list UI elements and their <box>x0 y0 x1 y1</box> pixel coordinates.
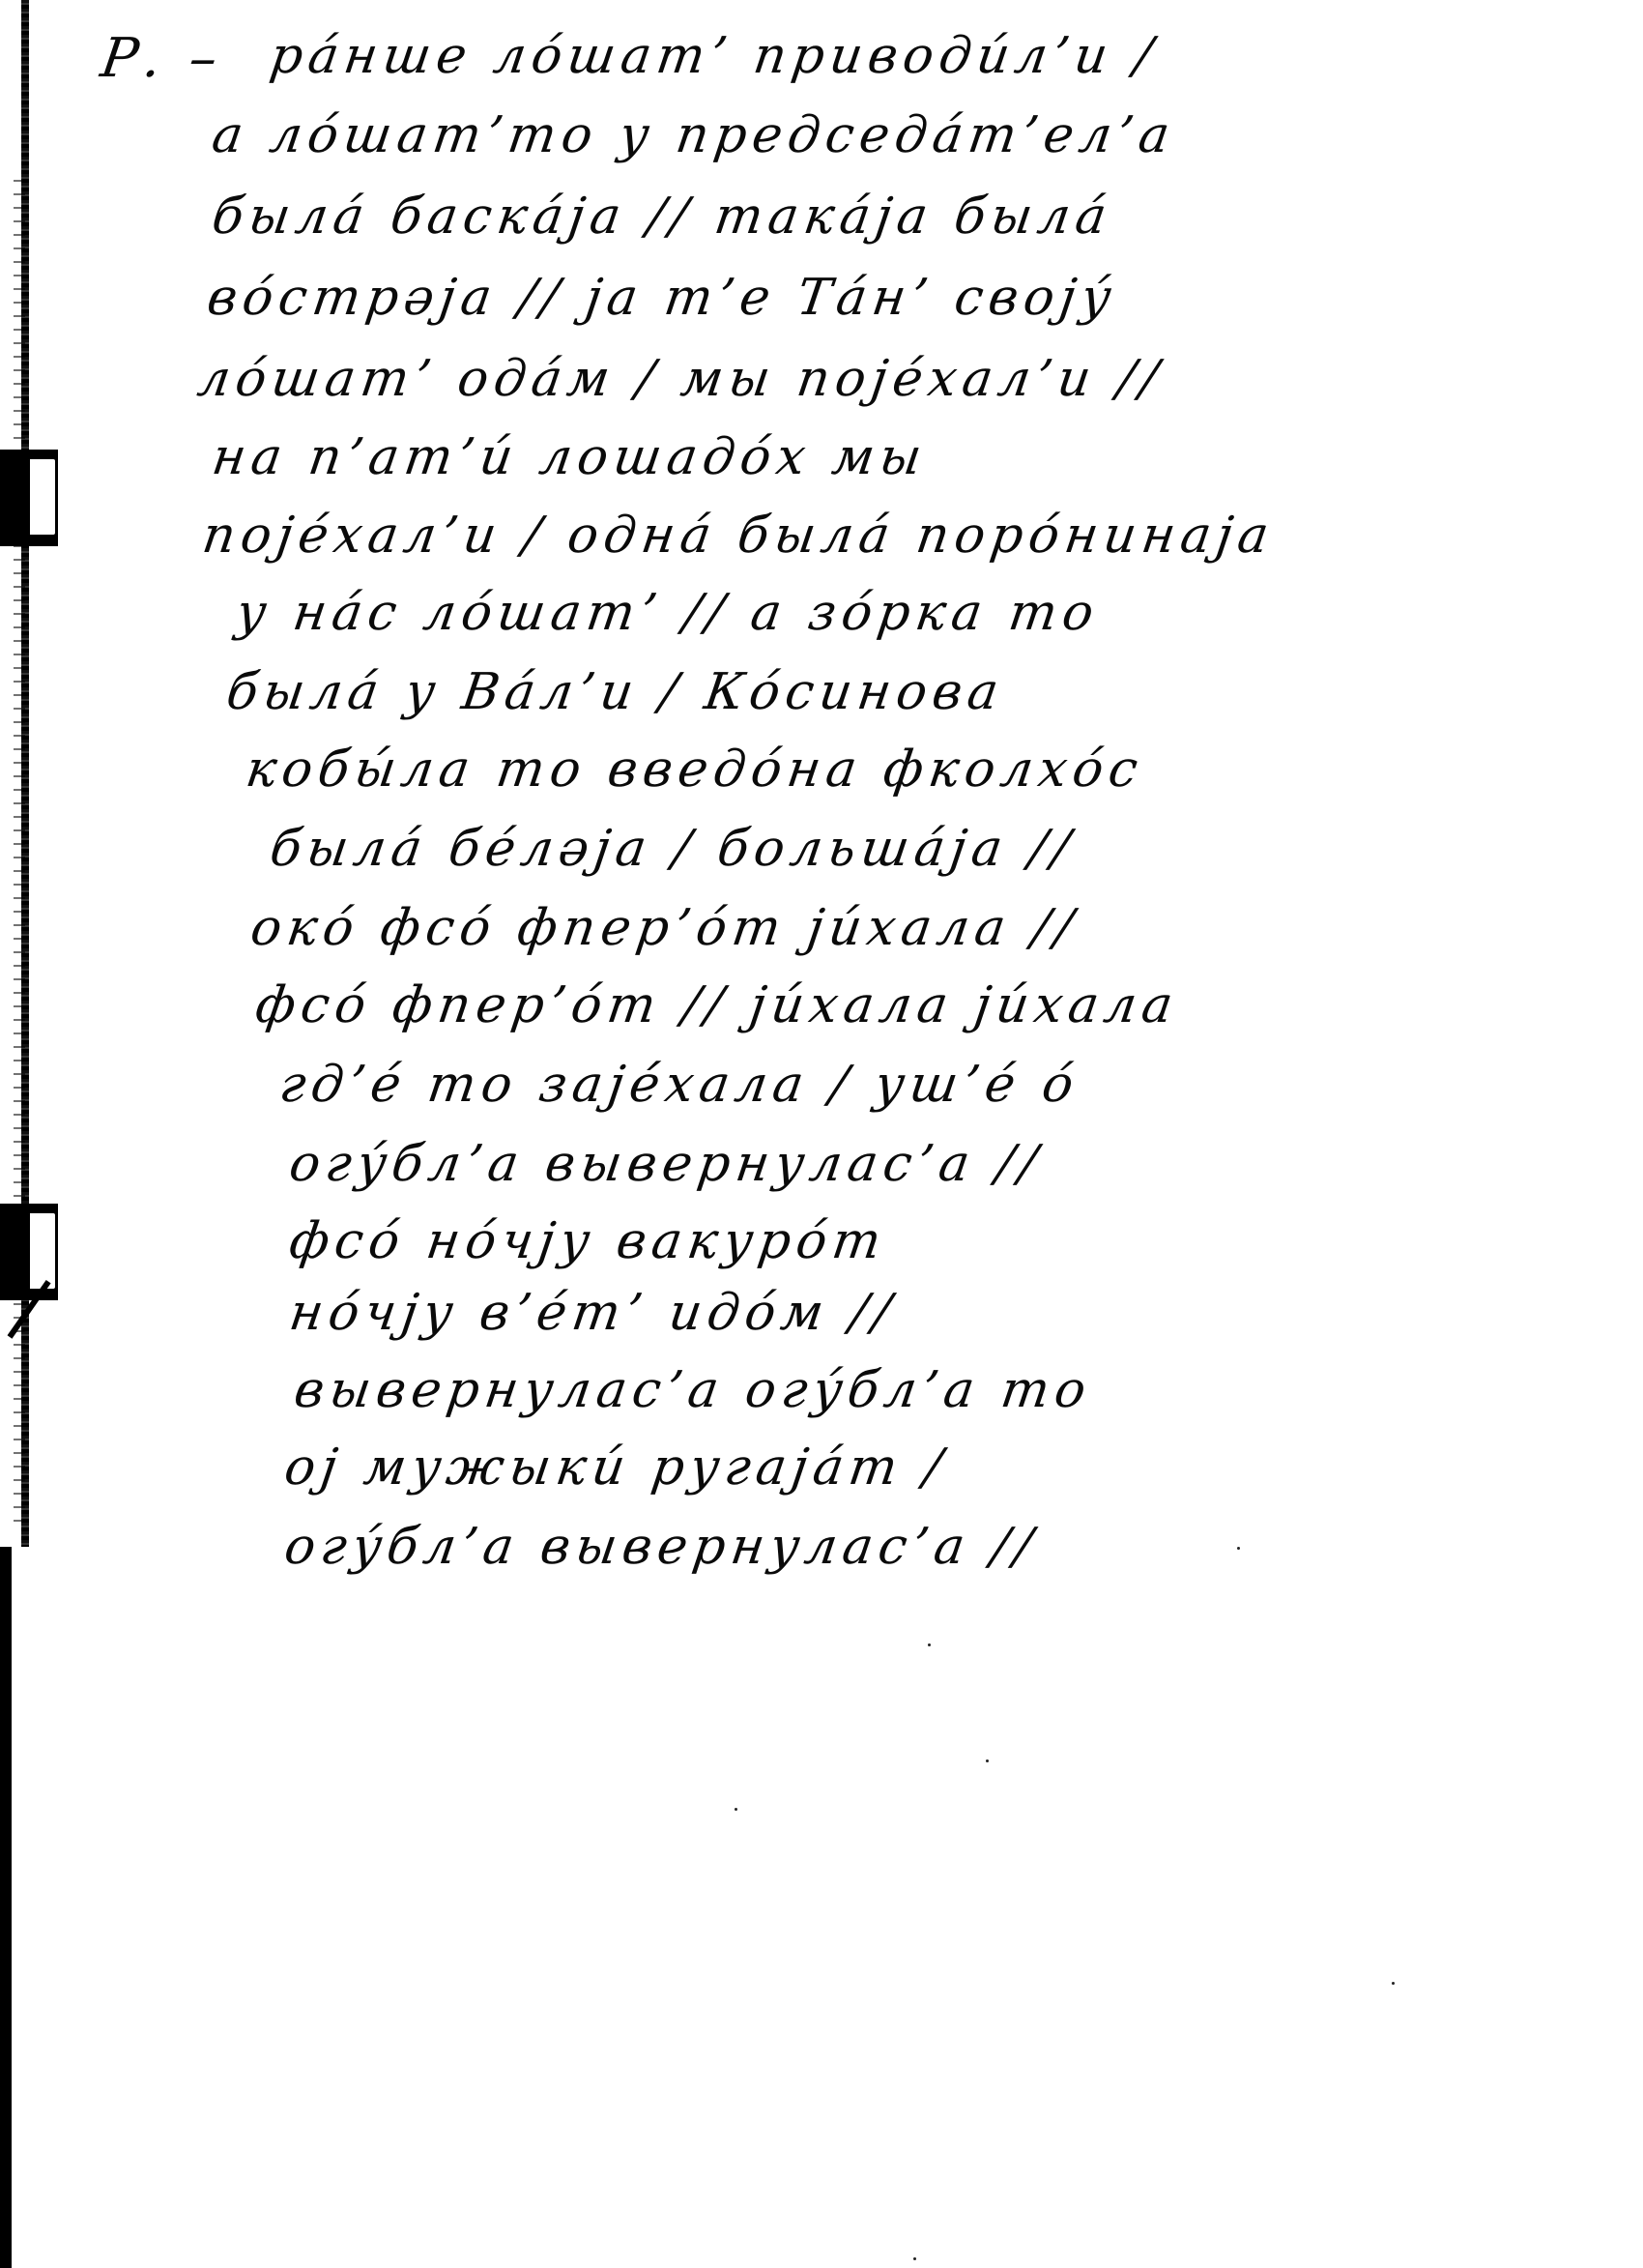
transcript-line: фсо́ фпер’о́т // ји́хала ји́хала <box>252 976 1182 1034</box>
transcript-line: на п’ат’и́ лошадо́х мы <box>209 428 931 486</box>
binding-dark-strip <box>0 1547 12 2268</box>
transcript-line: кобы́ла то введо́на фколхо́с <box>243 741 1147 799</box>
transcript-line: фсо́ но́чју вакуро́т <box>286 1212 890 1270</box>
speaker-marker: Р. – <box>97 27 226 90</box>
transcript-line: была́ баска́ја // така́ја была́ <box>209 188 1116 246</box>
transcript-line: была́ бе́ләја / больша́ја // <box>267 820 1080 878</box>
transcript-line: вывернулас’а огу́бл’а то <box>291 1361 1095 1419</box>
transcript-line: во́стрәја // ја т’е Та́н’ своју́ <box>204 269 1120 327</box>
transcript-line: была́ у Ва́л’и / Ко́синова <box>223 663 1008 721</box>
transcript-line: око́ фсо́ фпер’о́т ји́хала // <box>247 899 1082 957</box>
transcript-line: у на́с ло́шат’ // а зо́рка то <box>233 584 1103 642</box>
binding-clip-bottom <box>0 1204 58 1300</box>
transcript-line: ло́шат’ ода́м / мы поје́хал’и // <box>194 350 1167 408</box>
transcript-line: ој мужыки́ ругаја́т / <box>281 1439 951 1497</box>
transcript-line: огу́бл’а вывернулас’а // <box>286 1135 1047 1193</box>
transcript-line: а ло́шат’то у председа́т’ел’а <box>209 106 1179 164</box>
transcript-line: гд’е́ то зајé́хала / уш’е́ о́ <box>276 1056 1082 1114</box>
transcript-line: поје́хал’и / одна́ была́ поро́нинаја <box>199 507 1278 565</box>
transcript-line: огу́бл’а вывернулас’а // <box>281 1518 1042 1576</box>
binding-clip-top <box>0 450 58 546</box>
transcript-line: но́чју в’е́т’ идо́м // <box>286 1284 901 1342</box>
transcript-line: ра́нше ло́шат’ приводи́л’и / <box>267 27 1162 85</box>
